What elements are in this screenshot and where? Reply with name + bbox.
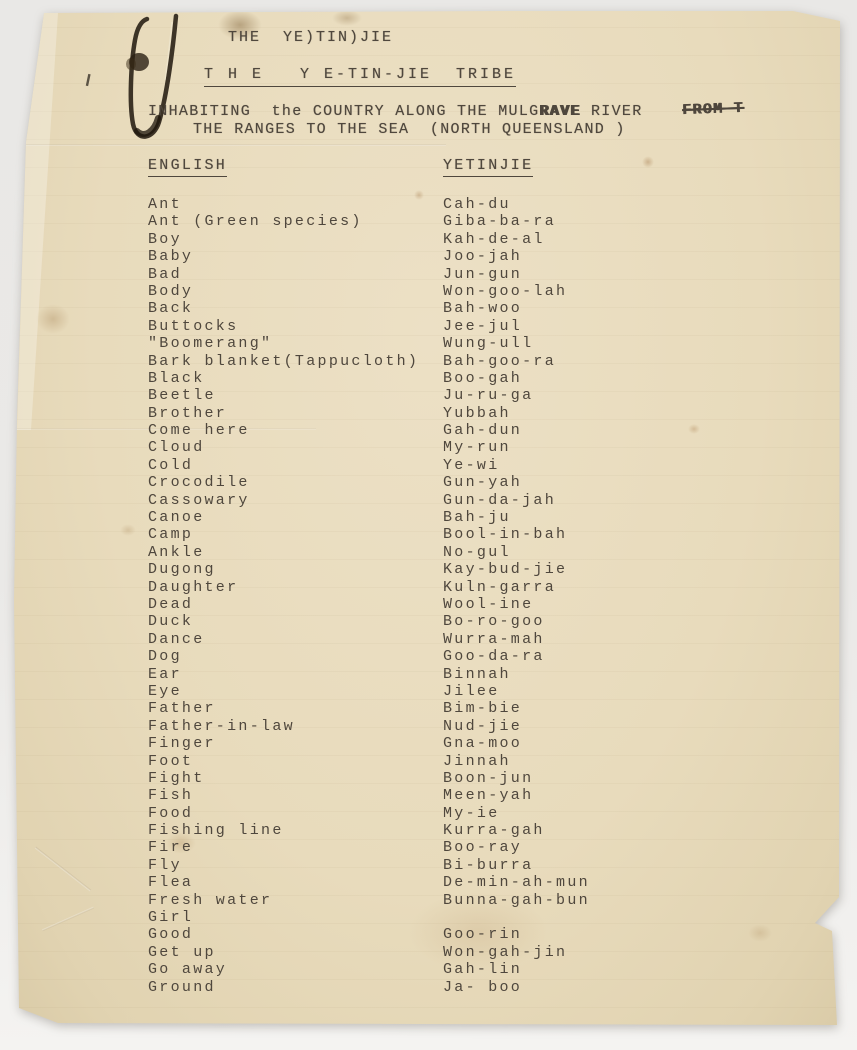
table-row: Come hereGah-dun — [148, 422, 590, 439]
table-row: Fishing lineKurra-gah — [148, 822, 590, 839]
table-row: EarBinnah — [148, 666, 590, 683]
english-word: "Boomerang" — [148, 335, 443, 352]
yetinjie-word: De-min-ah-mun — [443, 874, 590, 891]
english-word: Go away — [148, 961, 443, 978]
yetinjie-word: Bah-woo — [443, 300, 522, 317]
yetinjie-word: Gun-da-jah — [443, 492, 556, 509]
english-word: Daughter — [148, 579, 443, 596]
table-row: FleaDe-min-ah-mun — [148, 874, 590, 891]
table-row: FoodMy-ie — [148, 805, 590, 822]
english-word: Dog — [148, 648, 443, 665]
english-word: Fish — [148, 787, 443, 804]
english-word: Fishing line — [148, 822, 443, 839]
vocabulary-list: AntCah-duAnt (Green species)Giba-ba-raBo… — [148, 196, 590, 996]
yetinjie-word: Cah-du — [443, 196, 511, 213]
table-row: BodyWon-goo-lah — [148, 283, 590, 300]
table-row: Get upWon-gah-jin — [148, 944, 590, 961]
english-word: Crocodile — [148, 474, 443, 491]
yetinjie-word: Boo-ray — [443, 839, 522, 856]
yetinjie-word: Bah-ju — [443, 509, 511, 526]
tribe-title: T H E Y E-TIN-JIE TRIBE — [204, 66, 516, 87]
table-row: DugongKay-bud-jie — [148, 561, 590, 578]
english-word: Black — [148, 370, 443, 387]
table-row: BeetleJu-ru-ga — [148, 387, 590, 404]
yetinjie-word: Gun-yah — [443, 474, 522, 491]
table-row: Fresh waterBunna-gah-bun — [148, 892, 590, 909]
column-header-yetinjie: YETINJIE — [443, 157, 533, 177]
english-word: Camp — [148, 526, 443, 543]
yetinjie-word: Kay-bud-jie — [443, 561, 567, 578]
english-word: Beetle — [148, 387, 443, 404]
yetinjie-word: Binnah — [443, 666, 511, 683]
yetinjie-word: Ju-ru-ga — [443, 387, 533, 404]
table-row: AnkleNo-gul — [148, 544, 590, 561]
english-word: Finger — [148, 735, 443, 752]
strikethrough-text: FROM T — [682, 100, 744, 119]
english-word: Ankle — [148, 544, 443, 561]
yetinjie-word: Jilee — [443, 683, 500, 700]
yetinjie-word: Gah-dun — [443, 422, 522, 439]
table-row: BadJun-gun — [148, 266, 590, 283]
yetinjie-word: Jee-jul — [443, 318, 522, 335]
yetinjie-word: Jinnah — [443, 753, 511, 770]
english-word: Fly — [148, 857, 443, 874]
english-word: Brother — [148, 405, 443, 422]
column-header-english: ENGLISH — [148, 157, 227, 177]
table-row: DuckBo-ro-goo — [148, 613, 590, 630]
english-word: Cassowary — [148, 492, 443, 509]
table-row: FlyBi-burra — [148, 857, 590, 874]
english-word: Cold — [148, 457, 443, 474]
yetinjie-word: Meen-yah — [443, 787, 533, 804]
table-row: FishMeen-yah — [148, 787, 590, 804]
table-row: AntCah-du — [148, 196, 590, 213]
english-word: Come here — [148, 422, 443, 439]
table-row: CanoeBah-ju — [148, 509, 590, 526]
english-word: Fight — [148, 770, 443, 787]
table-row: BrotherYubbah — [148, 405, 590, 422]
english-word: Fresh water — [148, 892, 443, 909]
yetinjie-word: My-ie — [443, 805, 500, 822]
table-row: Go awayGah-lin — [148, 961, 590, 978]
english-word: Ant (Green species) — [148, 213, 443, 230]
yetinjie-word: Won-goo-lah — [443, 283, 567, 300]
english-word: Eye — [148, 683, 443, 700]
table-row: CloudMy-run — [148, 439, 590, 456]
english-word: Girl — [148, 909, 443, 926]
english-word: Bark blanket(Tappucloth) — [148, 353, 443, 370]
english-word: Flea — [148, 874, 443, 891]
english-word: Cloud — [148, 439, 443, 456]
yetinjie-word: Bo-ro-goo — [443, 613, 545, 630]
yetinjie-word: Boon-jun — [443, 770, 533, 787]
english-word: Ear — [148, 666, 443, 683]
english-word: Buttocks — [148, 318, 443, 335]
table-row: ColdYe-wi — [148, 457, 590, 474]
table-row: FootJinnah — [148, 753, 590, 770]
yetinjie-word: Nud-jie — [443, 718, 522, 735]
yetinjie-word: Wung-ull — [443, 335, 533, 352]
yetinjie-word: Goo-da-ra — [443, 648, 545, 665]
yetinjie-word: Jun-gun — [443, 266, 522, 283]
document-content: THE YE)TIN)JIE T H E Y E-TIN-JIE TRIBE I… — [0, 0, 857, 1050]
table-row: FingerGna-moo — [148, 735, 590, 752]
subtitle-line2: THE RANGES TO THE SEA (NORTH QUEENSLAND … — [193, 121, 626, 138]
yetinjie-word: Goo-rin — [443, 926, 522, 943]
english-word: Ant — [148, 196, 443, 213]
yetinjie-word: My-run — [443, 439, 511, 456]
yetinjie-word: Ye-wi — [443, 457, 500, 474]
table-row: BlackBoo-gah — [148, 370, 590, 387]
english-word: Get up — [148, 944, 443, 961]
yetinjie-word: Gah-lin — [443, 961, 522, 978]
table-row: ButtocksJee-jul — [148, 318, 590, 335]
yetinjie-word: Boo-gah — [443, 370, 522, 387]
table-row: Bark blanket(Tappucloth)Bah-goo-ra — [148, 353, 590, 370]
table-row: DogGoo-da-ra — [148, 648, 590, 665]
yetinjie-word: Ja- boo — [443, 979, 522, 996]
yetinjie-word: Gna-moo — [443, 735, 522, 752]
subtitle-line1: INHABITING the COUNTRY ALONG THE MULGRAV… — [148, 103, 643, 120]
english-word: Baby — [148, 248, 443, 265]
yetinjie-word: Kah-de-al — [443, 231, 545, 248]
yetinjie-word: Joo-jah — [443, 248, 522, 265]
english-word: Food — [148, 805, 443, 822]
table-row: BabyJoo-jah — [148, 248, 590, 265]
table-row: CrocodileGun-yah — [148, 474, 590, 491]
table-row: FightBoon-jun — [148, 770, 590, 787]
table-row: BackBah-woo — [148, 300, 590, 317]
yetinjie-word: Bunna-gah-bun — [443, 892, 590, 909]
table-row: GoodGoo-rin — [148, 926, 590, 943]
table-row: EyeJilee — [148, 683, 590, 700]
english-word: Body — [148, 283, 443, 300]
yetinjie-word: Bool-in-bah — [443, 526, 567, 543]
table-row: DaughterKuln-garra — [148, 579, 590, 596]
table-row: FatherBim-bie — [148, 700, 590, 717]
yetinjie-word: Kuln-garra — [443, 579, 556, 596]
table-row: BoyKah-de-al — [148, 231, 590, 248]
english-word: Dugong — [148, 561, 443, 578]
subtitle-part2: RIVER — [581, 103, 643, 120]
yetinjie-word: No-gul — [443, 544, 511, 561]
table-row: FireBoo-ray — [148, 839, 590, 856]
english-word: Fire — [148, 839, 443, 856]
english-word: Dead — [148, 596, 443, 613]
english-word: Father — [148, 700, 443, 717]
table-row: CampBool-in-bah — [148, 526, 590, 543]
table-row: Father-in-lawNud-jie — [148, 718, 590, 735]
english-word: Bad — [148, 266, 443, 283]
english-word: Good — [148, 926, 443, 943]
yetinjie-word: Kurra-gah — [443, 822, 545, 839]
english-word: Dance — [148, 631, 443, 648]
yetinjie-word: Wool-ine — [443, 596, 533, 613]
yetinjie-word: Won-gah-jin — [443, 944, 567, 961]
english-word: Father-in-law — [148, 718, 443, 735]
english-word: Back — [148, 300, 443, 317]
english-word: Ground — [148, 979, 443, 996]
english-word: Duck — [148, 613, 443, 630]
table-row: Girl — [148, 909, 590, 926]
subtitle-part1: INHABITING the COUNTRY ALONG THE MULG — [148, 103, 539, 120]
document-title: THE YE)TIN)JIE — [228, 29, 393, 46]
table-row: GroundJa- boo — [148, 979, 590, 996]
english-word: Foot — [148, 753, 443, 770]
english-word: Canoe — [148, 509, 443, 526]
overstruck-text: RAVE — [539, 103, 580, 120]
yetinjie-word: Giba-ba-ra — [443, 213, 556, 230]
yetinjie-word: Bi-burra — [443, 857, 533, 874]
yetinjie-word: Bah-goo-ra — [443, 353, 556, 370]
yetinjie-word: Yubbah — [443, 405, 511, 422]
yetinjie-word: Wurra-mah — [443, 631, 545, 648]
table-row: "Boomerang"Wung-ull — [148, 335, 590, 352]
yetinjie-word: Bim-bie — [443, 700, 522, 717]
table-row: CassowaryGun-da-jah — [148, 492, 590, 509]
table-row: DanceWurra-mah — [148, 631, 590, 648]
table-row: DeadWool-ine — [148, 596, 590, 613]
table-row: Ant (Green species)Giba-ba-ra — [148, 213, 590, 230]
english-word: Boy — [148, 231, 443, 248]
